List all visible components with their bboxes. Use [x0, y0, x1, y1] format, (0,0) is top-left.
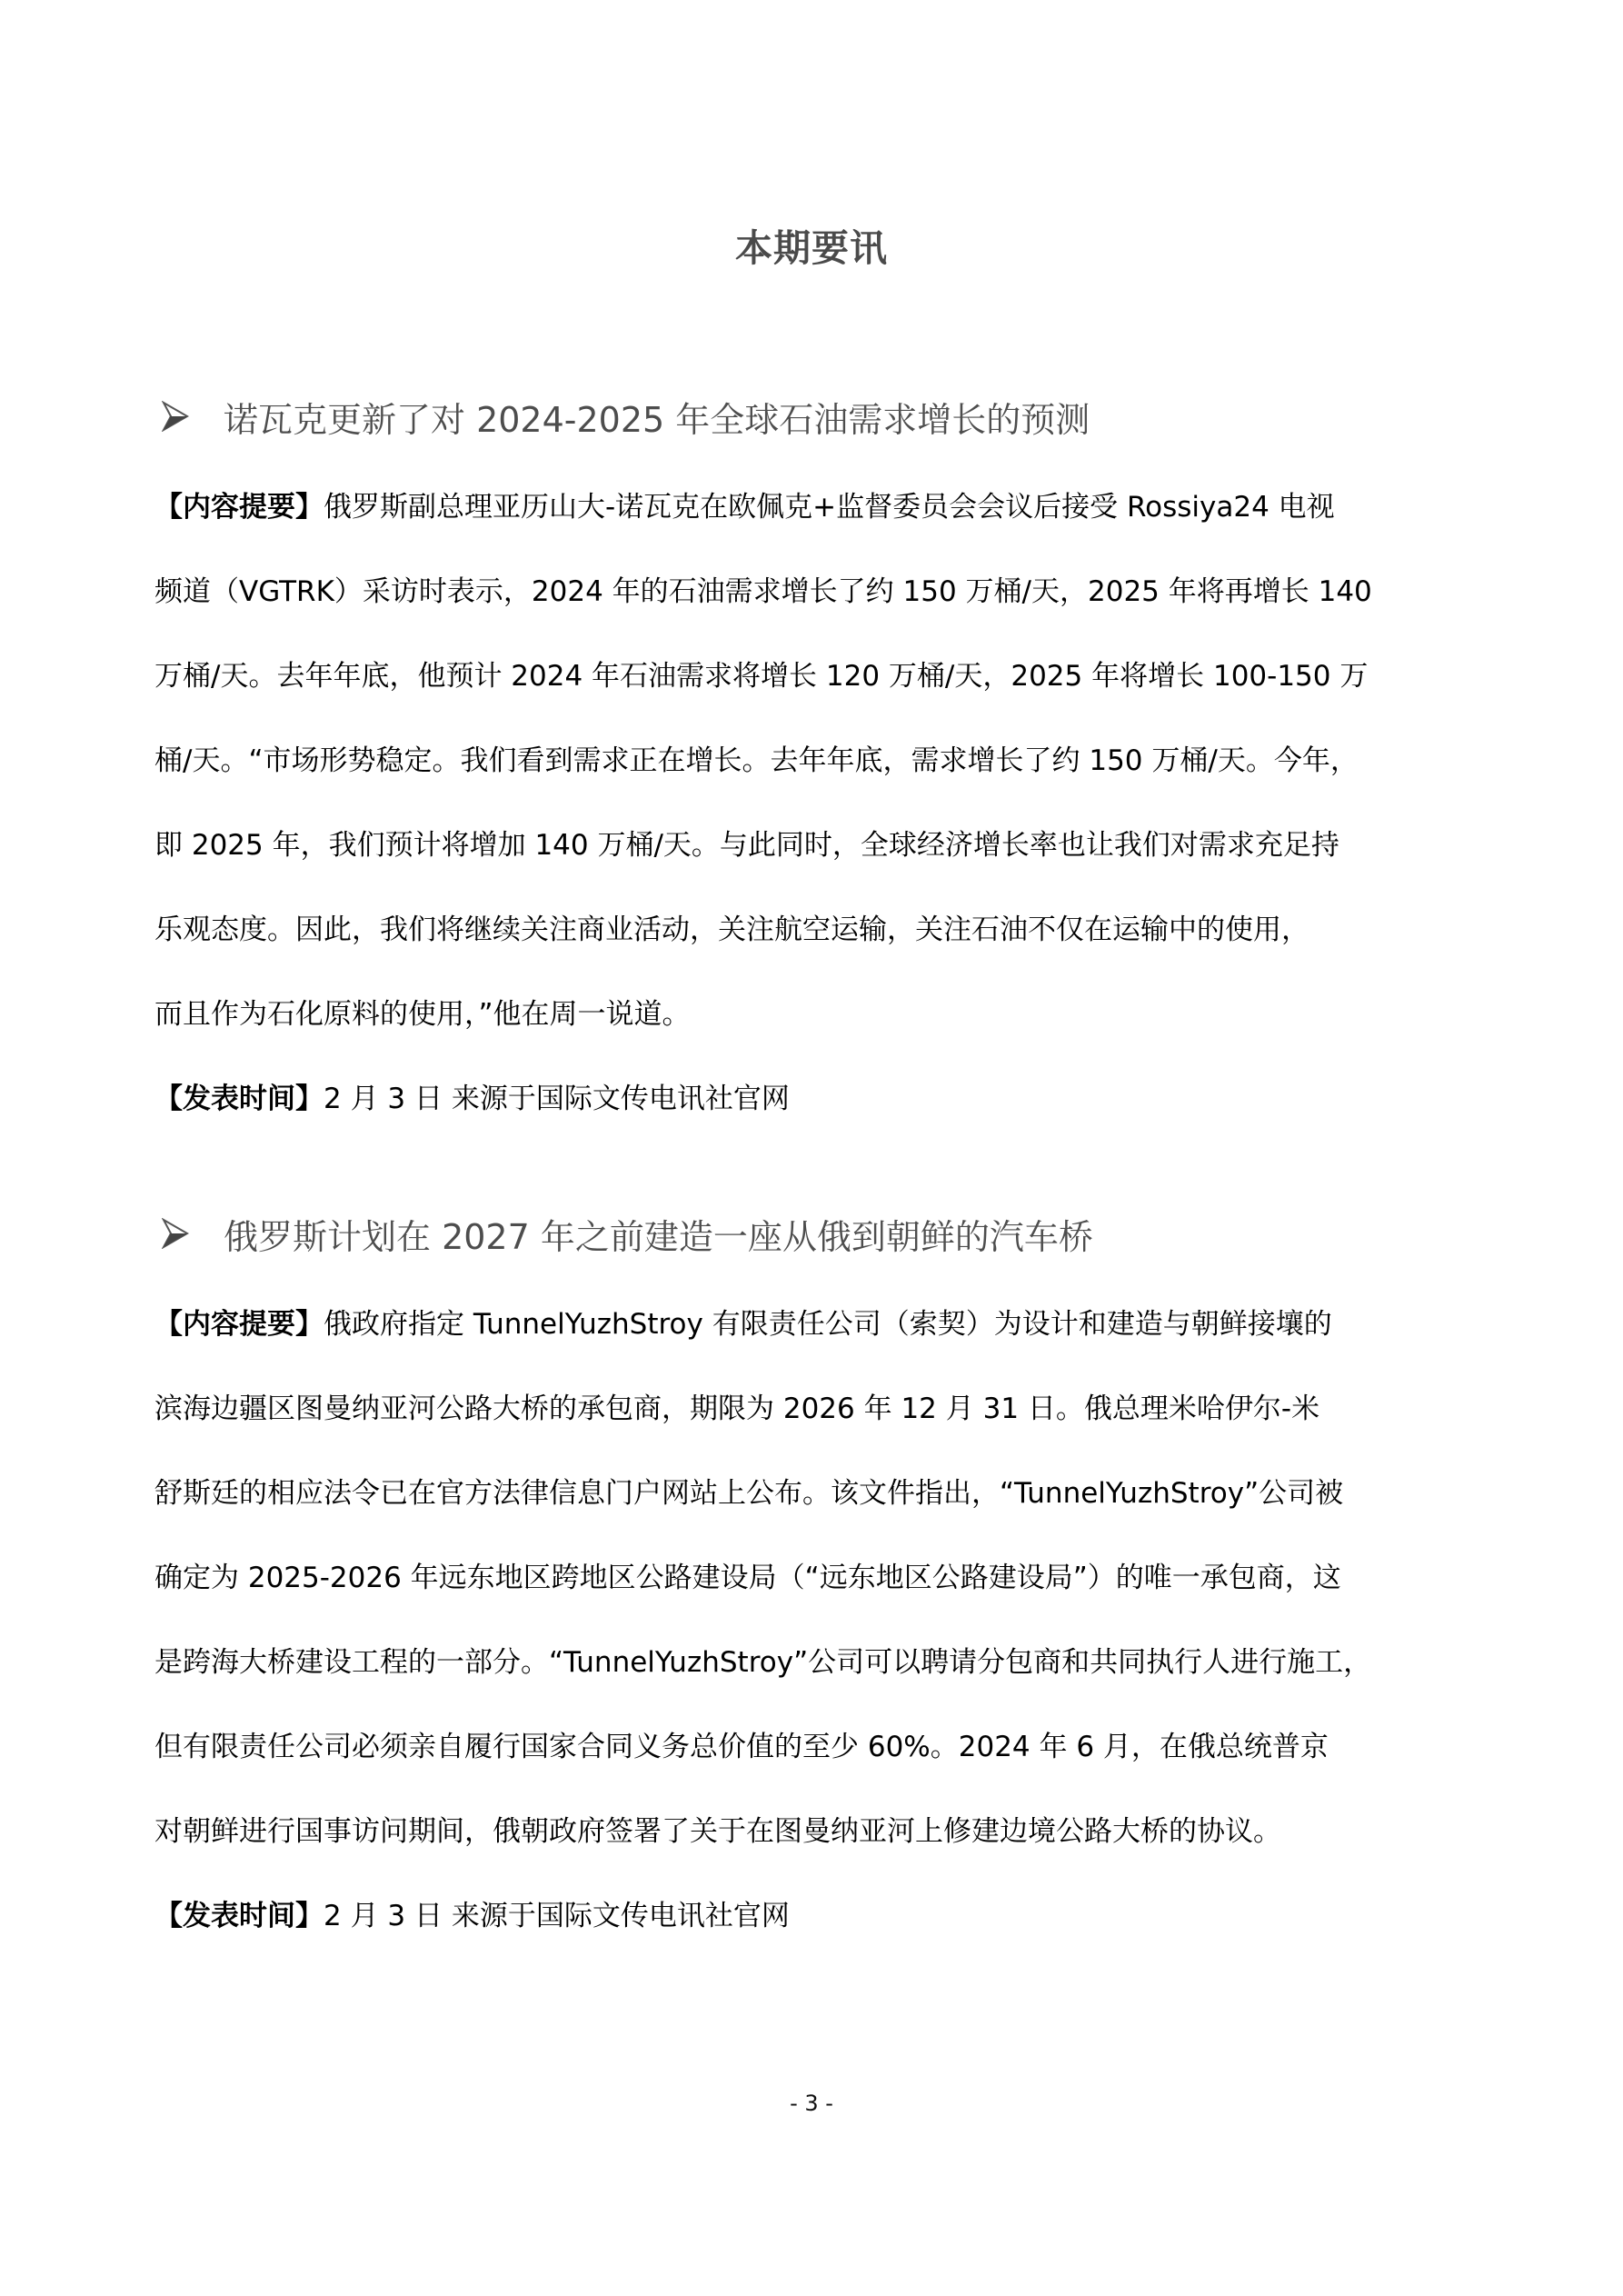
article-published: 【发表时间】2 月 3 日 来源于国际文传电讯社官网: [154, 1874, 1481, 1959]
page-number: - 3 -: [0, 2091, 1623, 2116]
summary-line: 舒斯廷的相应法令已在官方法律信息门户网站上公布。该文件指出，“TunnelYuz…: [154, 1452, 1481, 1536]
article-summary: 【内容提要】俄罗斯副总理亚历山大-诺瓦克在欧佩克+监督委员会会议后接受 Ross…: [154, 465, 1481, 1057]
article-headline: 诺瓦克更新了对 2024-2025 年全球石油需求增长的预测: [154, 389, 1481, 444]
summary-line: 而且作为石化原料的使用，”他在周一说道。: [154, 973, 1481, 1057]
article-published: 【发表时间】2 月 3 日 来源于国际文传电讯社官网: [154, 1057, 1481, 1142]
summary-line: 万桶/天。去年年底，他预计 2024 年石油需求将增长 120 万桶/天，202…: [154, 634, 1481, 719]
article-headline-text: 诺瓦克更新了对 2024-2025 年全球石油需求增长的预测: [224, 392, 1090, 442]
summary-line: 乐观态度。因此，我们将继续关注商业活动，关注航空运输，关注石油不仅在运输中的使用…: [154, 888, 1481, 973]
published-label: 【发表时间】: [154, 1083, 324, 1115]
article-summary: 【内容提要】俄政府指定 TunnelYuzhStroy 有限责任公司（索契）为设…: [154, 1283, 1481, 1874]
published-value: 2 月 3 日 来源于国际文传电讯社官网: [324, 1900, 790, 1932]
summary-line: 是跨海大桥建设工程的一部分。“TunnelYuzhStroy”公司可以聘请分包商…: [154, 1621, 1481, 1705]
summary-line: 对朝鲜进行国事访问期间，俄朝政府签署了关于在图曼纳亚河上修建边境公路大桥的协议。: [154, 1790, 1481, 1874]
article-headline-text: 俄罗斯计划在 2027 年之前建造一座从俄到朝鲜的汽车桥: [224, 1209, 1093, 1259]
summary-label: 【内容提要】: [154, 491, 324, 524]
summary-line: 滨海边疆区图曼纳亚河公路大桥的承包商，期限为 2026 年 12 月 31 日。…: [154, 1367, 1481, 1452]
summary-line: 频道（VGTRK）采访时表示，2024 年的石油需求增长了约 150 万桶/天，…: [154, 550, 1481, 634]
published-label: 【发表时间】: [154, 1900, 324, 1932]
summary-line: 【内容提要】俄罗斯副总理亚历山大-诺瓦克在欧佩克+监督委员会会议后接受 Ross…: [154, 465, 1481, 550]
arrow-bullet-icon: [162, 1218, 189, 1249]
summary-line: 【内容提要】俄政府指定 TunnelYuzhStroy 有限责任公司（索契）为设…: [154, 1283, 1481, 1367]
article-1: 诺瓦克更新了对 2024-2025 年全球石油需求增长的预测 【内容提要】俄罗斯…: [154, 389, 1481, 1142]
arrow-bullet-icon: [162, 401, 189, 432]
summary-line: 确定为 2025-2026 年远东地区跨地区公路建设局（“远东地区公路建设局”）…: [154, 1536, 1481, 1621]
summary-label: 【内容提要】: [154, 1308, 324, 1341]
article-headline: 俄罗斯计划在 2027 年之前建造一座从俄到朝鲜的汽车桥: [154, 1206, 1481, 1261]
article-2: 俄罗斯计划在 2027 年之前建造一座从俄到朝鲜的汽车桥 【内容提要】俄政府指定…: [154, 1206, 1481, 1959]
page-title: 本期要讯: [0, 218, 1623, 272]
summary-line: 即 2025 年，我们预计将增加 140 万桶/天。与此同时，全球经济增长率也让…: [154, 804, 1481, 888]
summary-line: 桶/天。“市场形势稳定。我们看到需求正在增长。去年年底，需求增长了约 150 万…: [154, 719, 1481, 804]
summary-line: 但有限责任公司必须亲自履行国家合同义务总价值的至少 60%。2024 年 6 月…: [154, 1705, 1481, 1790]
published-value: 2 月 3 日 来源于国际文传电讯社官网: [324, 1083, 790, 1115]
